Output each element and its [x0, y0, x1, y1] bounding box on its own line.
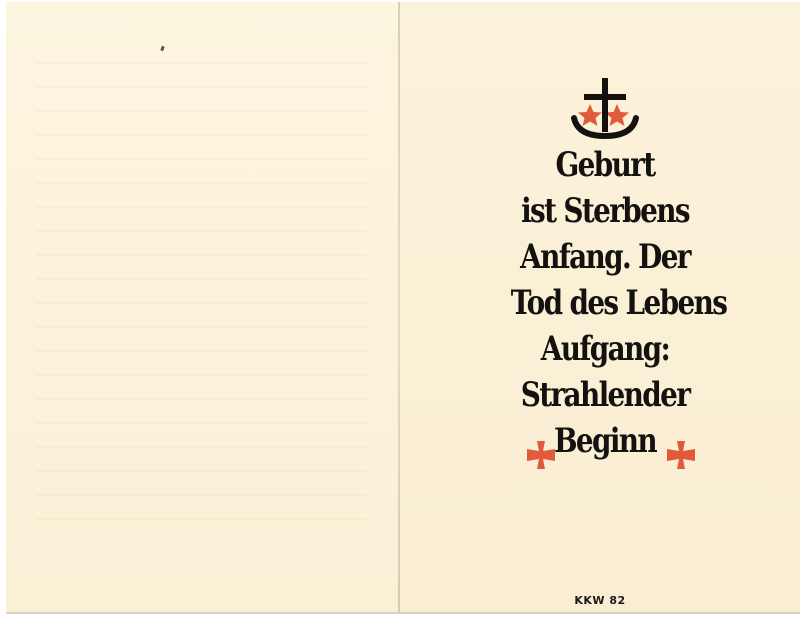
verse-line-1: Geburt — [511, 142, 700, 188]
cross-pattee-icon — [666, 440, 696, 470]
verse-line-6: Strahlender — [511, 372, 700, 418]
ornament-row — [526, 438, 696, 478]
right-panel: Geburt ist Sterbens Anfang. Der Tod des … — [400, 2, 800, 612]
ink-speck — [160, 46, 165, 52]
anchor-stars-icon — [570, 74, 642, 146]
show-through-text — [36, 62, 366, 542]
cross-pattee-icon — [526, 440, 556, 470]
verse: Geburt ist Sterbens Anfang. Der Tod des … — [490, 142, 720, 464]
publisher-imprint: KKW 82 — [400, 594, 800, 607]
verse-line-2: ist Sterbens — [511, 188, 700, 234]
verse-line-3: Anfang. Der — [511, 234, 700, 280]
verse-line-5: Aufgang: — [511, 326, 700, 372]
scanned-card: Geburt ist Sterbens Anfang. Der Tod des … — [0, 0, 800, 618]
folded-card: Geburt ist Sterbens Anfang. Der Tod des … — [6, 2, 800, 614]
left-panel — [6, 2, 398, 612]
verse-line-4: Tod des Lebens — [511, 280, 700, 326]
